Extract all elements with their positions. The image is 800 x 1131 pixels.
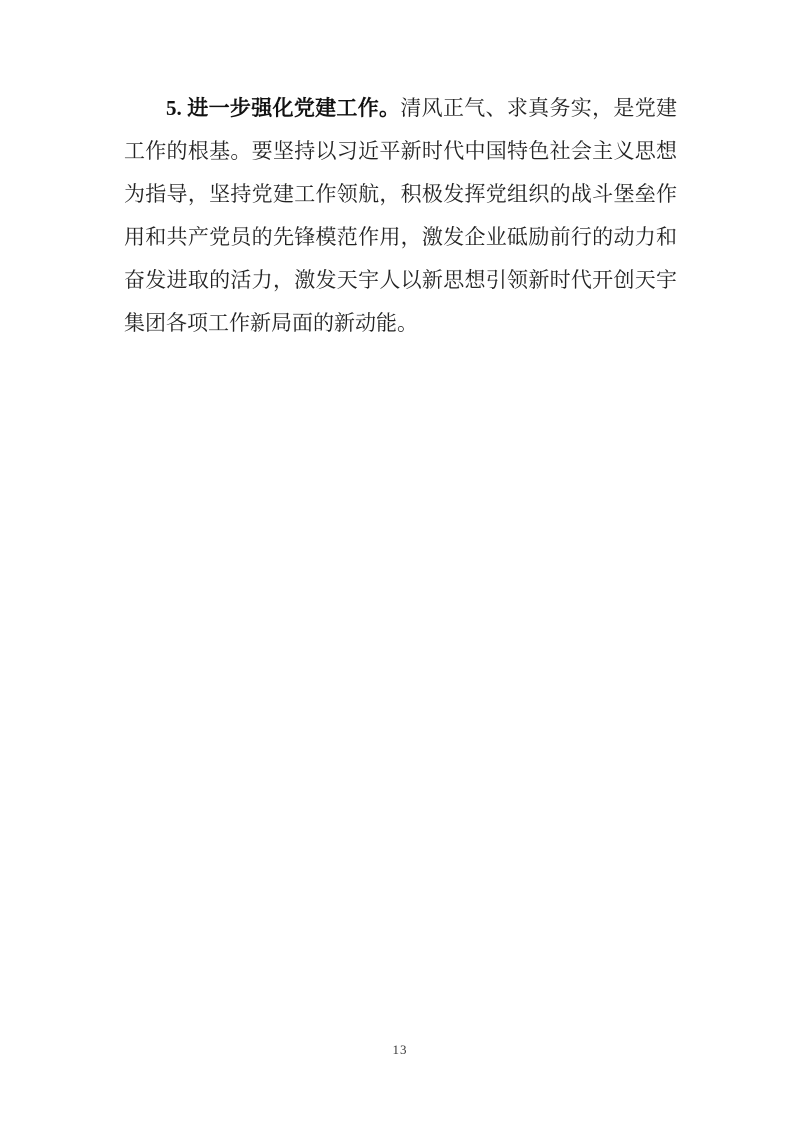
paragraph: 5. 进一步强化党建工作。清风正气、求真务实，是党建工作的根基。要坚持以习近平新…	[124, 87, 677, 345]
page-footer: 13	[0, 1041, 800, 1059]
paragraph-body-text: 清风正气、求真务实，是党建工作的根基。要坚持以习近平新时代中国特色社会主义思想为…	[124, 96, 677, 335]
document-page: 5. 进一步强化党建工作。清风正气、求真务实，是党建工作的根基。要坚持以习近平新…	[0, 0, 800, 1131]
page-number: 13	[393, 1042, 408, 1057]
document-content: 5. 进一步强化党建工作。清风正气、求真务实，是党建工作的根基。要坚持以习近平新…	[124, 87, 677, 345]
paragraph-heading: 5. 进一步强化党建工作。	[166, 96, 400, 120]
